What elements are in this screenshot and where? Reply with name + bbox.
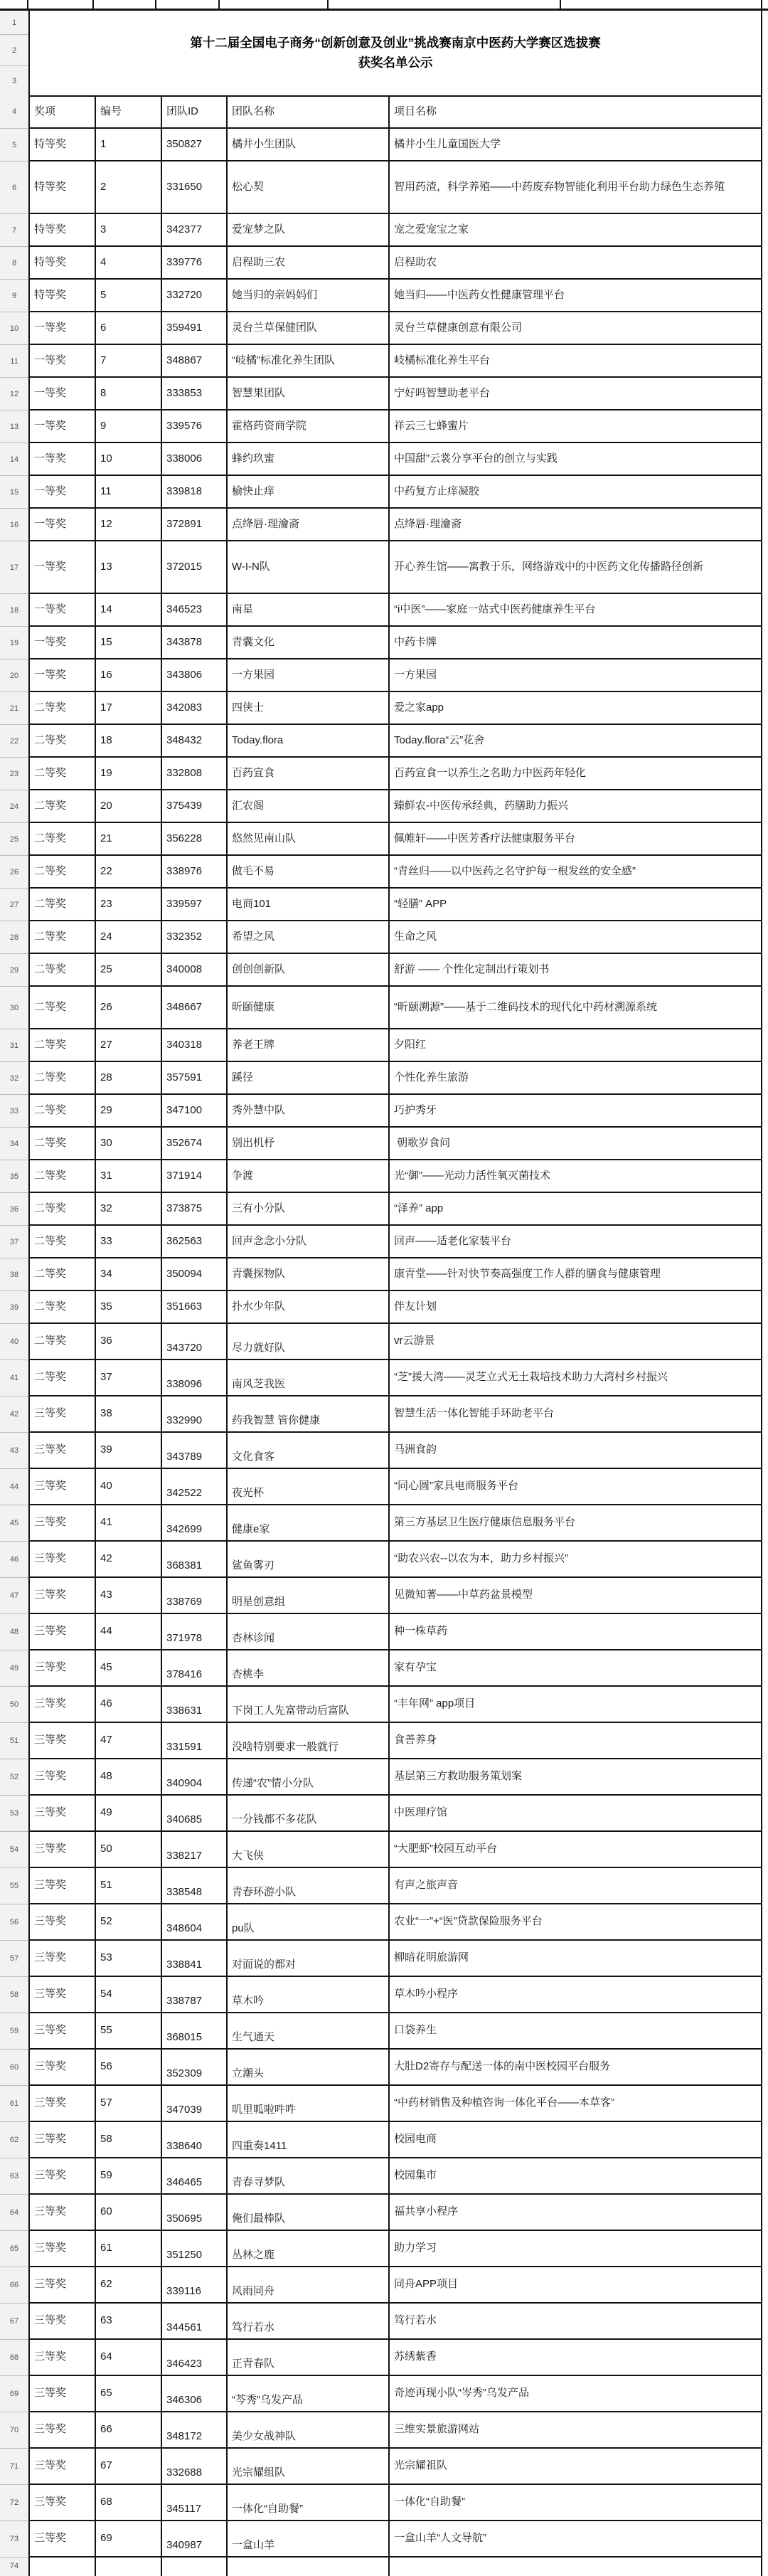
cell-award[interactable]: 三等奖 (28, 1614, 95, 1650)
cell-team-name[interactable]: 扑水少年队 (226, 1291, 388, 1324)
cell-project-name[interactable]: 祥云三七蜂蜜片 (388, 410, 762, 443)
cell-award[interactable]: 特等奖 (28, 247, 95, 280)
column-header-project[interactable]: 项目名称 (388, 95, 762, 129)
cell-number[interactable]: 43 (95, 1578, 161, 1614)
cell-award[interactable]: 二等奖 (28, 1160, 95, 1193)
cell-project-name[interactable]: 光“御”——光动力活性氧灭菌技术 (388, 1160, 762, 1193)
cell-team-id[interactable]: 351663 (161, 1291, 226, 1324)
cell-team-name[interactable]: 点绛唇·理瀹斋 (226, 509, 388, 541)
cell-project-name[interactable]: 伴友计划 (388, 1291, 762, 1324)
cell-number[interactable]: 14 (95, 594, 161, 627)
cell-project-name[interactable]: 宠之爱宠宝之家 (388, 214, 762, 247)
cell-project-name[interactable]: 中医理疗馆 (388, 1796, 762, 1832)
cell-team-name[interactable]: 爱宠梦之队 (226, 214, 388, 247)
cell-award[interactable]: 一等奖 (28, 627, 95, 659)
cell-number[interactable]: 68 (95, 2485, 161, 2521)
cell-award[interactable]: 二等奖 (28, 1062, 95, 1095)
cell-number[interactable]: 10 (95, 443, 161, 476)
cell-number[interactable]: 52 (95, 1904, 161, 1941)
cell-project-name[interactable]: 食善养身 (388, 1723, 762, 1759)
cell-project-name[interactable]: Today.flora“云”花舍 (388, 725, 762, 758)
cell-team-id[interactable]: 332990 (161, 1396, 226, 1433)
cell-number[interactable]: 48 (95, 1759, 161, 1796)
cell-number[interactable]: 56 (95, 2050, 161, 2086)
cell-team-name[interactable]: 橘井小生团队 (226, 129, 388, 161)
cell-project-name[interactable]: 宁好吗智慧助老平台 (388, 378, 762, 410)
cell-team-name[interactable]: 电商101 (226, 889, 388, 921)
cell-team-id[interactable]: 339597 (161, 889, 226, 921)
cell-project-name[interactable]: 农业“一”+“医”贷款保险服务平台 (388, 1904, 762, 1941)
cell-number[interactable]: 42 (95, 1542, 161, 1578)
cell-team-id[interactable]: 351250 (161, 2231, 226, 2267)
cell-project-name[interactable]: 岐橘标准化养生平台 (388, 345, 762, 378)
cell-number[interactable]: 69 (95, 2521, 161, 2558)
cell-number[interactable]: 36 (95, 1324, 161, 1360)
cell-number[interactable]: 39 (95, 1433, 161, 1469)
cell-number[interactable]: 22 (95, 856, 161, 889)
cell-team-name[interactable]: 榆快止痒 (226, 476, 388, 509)
cell-award[interactable]: 三等奖 (28, 2376, 95, 2412)
cell-project-name[interactable]: 奇迹再现小队“岑秀”乌发产品 (388, 2376, 762, 2412)
cell-number[interactable]: 63 (95, 2304, 161, 2340)
cell-number[interactable]: 37 (95, 1360, 161, 1396)
cell-team-name[interactable]: 希望之风 (226, 921, 388, 954)
cell-number[interactable]: 9 (95, 410, 161, 443)
cell-project-name[interactable]: 有声之旅声音 (388, 1868, 762, 1904)
cell-team-name[interactable]: 灵台兰草保健团队 (226, 312, 388, 345)
cell-number[interactable]: 67 (95, 2449, 161, 2485)
cell-number[interactable]: 35 (95, 1291, 161, 1324)
cell-award[interactable]: 二等奖 (28, 1128, 95, 1160)
cell-team-id[interactable]: 348604 (161, 1904, 226, 1941)
cell-team-name[interactable]: 四重奏1411 (226, 2122, 388, 2158)
cell-team-name[interactable]: 创创创新队 (226, 954, 388, 987)
cell-team-id[interactable]: 340685 (161, 1796, 226, 1832)
cell-number[interactable]: 17 (95, 692, 161, 725)
cell-team-id[interactable]: 350827 (161, 129, 226, 161)
cell-team-name[interactable]: 做毛不易 (226, 856, 388, 889)
cell-team-id[interactable]: 357591 (161, 1062, 226, 1095)
cell-team-name[interactable]: 启程助三农 (226, 247, 388, 280)
cell-project-name[interactable]: 橘井小生儿童国医大学 (388, 129, 762, 161)
cell-team-id[interactable]: 332688 (161, 2449, 226, 2485)
cell-number[interactable]: 6 (95, 312, 161, 345)
cell-team-name[interactable]: 三有小分队 (226, 1193, 388, 1226)
cell-number[interactable]: 33 (95, 1226, 161, 1258)
cell-award[interactable]: 二等奖 (28, 1095, 95, 1128)
cell-project-name[interactable]: 校园电商 (388, 2122, 762, 2158)
cell-award[interactable]: 三等奖 (28, 1723, 95, 1759)
column-header-number[interactable]: 编号 (95, 95, 161, 129)
cell-team-id[interactable]: 343720 (161, 1324, 226, 1360)
cell-team-id[interactable]: 333853 (161, 378, 226, 410)
cell-team-name[interactable] (226, 2558, 388, 2576)
cell-award[interactable]: 三等奖 (28, 2158, 95, 2195)
cell-team-id[interactable]: 350695 (161, 2195, 226, 2231)
cell-number[interactable]: 31 (95, 1160, 161, 1193)
cell-team-name[interactable]: 回声念念小分队 (226, 1226, 388, 1258)
cell-team-id[interactable]: 332808 (161, 758, 226, 790)
cell-number[interactable]: 50 (95, 1832, 161, 1868)
cell-award[interactable]: 三等奖 (28, 1650, 95, 1687)
cell-team-id[interactable]: 344561 (161, 2304, 226, 2340)
cell-award[interactable]: 三等奖 (28, 2485, 95, 2521)
cell-team-name[interactable]: Today.flora (226, 725, 388, 758)
cell-number[interactable]: 49 (95, 1796, 161, 1832)
cell-number[interactable]: 41 (95, 1505, 161, 1542)
cell-award[interactable]: 二等奖 (28, 1324, 95, 1360)
cell-team-name[interactable]: 青春环游小队 (226, 1868, 388, 1904)
cell-award[interactable]: 二等奖 (28, 1226, 95, 1258)
cell-award[interactable]: 三等奖 (28, 2231, 95, 2267)
cell-team-name[interactable]: “芩秀”乌发产品 (226, 2376, 388, 2412)
cell-award[interactable]: 三等奖 (28, 1687, 95, 1723)
cell-team-name[interactable]: 青囊文化 (226, 627, 388, 659)
cell-award[interactable]: 三等奖 (28, 1977, 95, 2013)
cell-team-id[interactable]: 345117 (161, 2485, 226, 2521)
cell-team-name[interactable]: 青囊探物队 (226, 1258, 388, 1291)
cell-team-name[interactable]: 大飞侠 (226, 1832, 388, 1868)
cell-award[interactable]: 三等奖 (28, 2412, 95, 2449)
cell-team-id[interactable]: 347100 (161, 1095, 226, 1128)
cell-award[interactable]: 特等奖 (28, 280, 95, 312)
cell-number[interactable]: 3 (95, 214, 161, 247)
cell-award[interactable]: 一等奖 (28, 509, 95, 541)
column-header-team-name[interactable]: 团队名称 (226, 95, 388, 129)
cell-number[interactable]: 46 (95, 1687, 161, 1723)
cell-team-name[interactable]: 健康e家 (226, 1505, 388, 1542)
cell-project-name[interactable]: 灵台兰草健康创意有限公司 (388, 312, 762, 345)
cell-team-name[interactable]: 一盒山羊 (226, 2521, 388, 2558)
cell-project-name[interactable]: 中药卡牌 (388, 627, 762, 659)
cell-project-name[interactable]: 光宗耀祖队 (388, 2449, 762, 2485)
cell-award[interactable]: 三等奖 (28, 2340, 95, 2376)
cell-project-name[interactable]: 回声——适老化家装平台 (388, 1226, 762, 1258)
cell-team-name[interactable]: 风雨同舟 (226, 2267, 388, 2304)
cell-project-name[interactable]: 智慧生活一体化智能手环助老平台 (388, 1396, 762, 1433)
cell-team-id[interactable]: 338841 (161, 1941, 226, 1977)
cell-project-name[interactable]: “青丝归——以中医药之名守护每一根发丝的安全感” (388, 856, 762, 889)
cell-award[interactable]: 三等奖 (28, 1505, 95, 1542)
cell-team-id[interactable]: 338640 (161, 2122, 226, 2158)
cell-number[interactable]: 23 (95, 889, 161, 921)
cell-team-id[interactable]: 371914 (161, 1160, 226, 1193)
cell-award[interactable]: 一等奖 (28, 443, 95, 476)
cell-number[interactable]: 59 (95, 2158, 161, 2195)
cell-team-id[interactable]: 346423 (161, 2340, 226, 2376)
cell-award[interactable]: 三等奖 (28, 1396, 95, 1433)
cell-award[interactable]: 三等奖 (28, 1469, 95, 1505)
cell-team-name[interactable]: 叽里呱啦吽吽 (226, 2086, 388, 2122)
cell-award[interactable]: 二等奖 (28, 823, 95, 856)
cell-team-id[interactable]: 332352 (161, 921, 226, 954)
cell-team-id[interactable]: 339818 (161, 476, 226, 509)
cell-number[interactable]: 20 (95, 790, 161, 823)
cell-award[interactable]: 二等奖 (28, 725, 95, 758)
cell-project-name[interactable]: “大肥虾”校园互动平台 (388, 1832, 762, 1868)
cell-team-name[interactable]: 悠然见南山队 (226, 823, 388, 856)
cell-number[interactable]: 24 (95, 921, 161, 954)
cell-award[interactable]: 二等奖 (28, 987, 95, 1029)
cell-project-name[interactable]: 夕阳红 (388, 1029, 762, 1062)
cell-award[interactable]: 二等奖 (28, 1360, 95, 1396)
cell-team-name[interactable]: 草木吟 (226, 1977, 388, 2013)
cell-project-name[interactable]: 百药宣食一以养生之名助力中医药年轻化 (388, 758, 762, 790)
cell-award[interactable]: 二等奖 (28, 1029, 95, 1062)
cell-project-name[interactable]: 巧护秀牙 (388, 1095, 762, 1128)
cell-project-name[interactable]: 开心养生馆——寓教于乐，网络游戏中的中医药文化传播路径创新 (388, 541, 762, 594)
cell-team-id[interactable]: 338976 (161, 856, 226, 889)
cell-team-name[interactable]: 南星 (226, 594, 388, 627)
cell-project-name[interactable]: “同心圆”家具电商服务平台 (388, 1469, 762, 1505)
cell-project-name[interactable]: 臻鲜农-中医传承经典，药膳助力振兴 (388, 790, 762, 823)
cell-team-name[interactable]: 南风芝我医 (226, 1360, 388, 1396)
cell-team-id[interactable]: 340318 (161, 1029, 226, 1062)
cell-team-name[interactable]: 明星创意组 (226, 1578, 388, 1614)
cell-number[interactable]: 13 (95, 541, 161, 594)
cell-team-id[interactable]: 331591 (161, 1723, 226, 1759)
cell-team-name[interactable]: 一方果园 (226, 659, 388, 692)
cell-team-id[interactable]: 342083 (161, 692, 226, 725)
cell-number[interactable]: 15 (95, 627, 161, 659)
cell-number[interactable]: 51 (95, 1868, 161, 1904)
cell-team-name[interactable]: 四侠士 (226, 692, 388, 725)
cell-award[interactable]: 二等奖 (28, 921, 95, 954)
column-header-team-id[interactable]: 团队ID (161, 95, 226, 129)
cell-team-name[interactable]: 一体化“自助餐” (226, 2485, 388, 2521)
cell-number[interactable]: 26 (95, 987, 161, 1029)
cell-project-name[interactable]: 校园集市 (388, 2158, 762, 2195)
cell-project-name[interactable]: 中药复方止痒凝胶 (388, 476, 762, 509)
cell-award[interactable]: 三等奖 (28, 1904, 95, 1941)
cell-project-name[interactable] (388, 2558, 762, 2576)
cell-number[interactable]: 1 (95, 129, 161, 161)
cell-project-name[interactable]: 智用药渣，科学养殖——中药废弃物智能化利用平台助力绿色生态养殖 (388, 161, 762, 214)
cell-award[interactable]: 二等奖 (28, 790, 95, 823)
cell-number[interactable]: 40 (95, 1469, 161, 1505)
cell-team-id[interactable]: 356228 (161, 823, 226, 856)
cell-award[interactable]: 二等奖 (28, 954, 95, 987)
cell-project-name[interactable]: 福共享小程序 (388, 2195, 762, 2231)
cell-team-name[interactable]: 丛林之鹿 (226, 2231, 388, 2267)
cell-award[interactable]: 一等奖 (28, 345, 95, 378)
cell-number[interactable]: 16 (95, 659, 161, 692)
sheet-title[interactable]: 第十二届全国电子商务“创新创意及创业”挑战赛南京中医药大学赛区选拔赛 获奖名单公… (28, 11, 762, 95)
cell-team-name[interactable]: 别出机杼 (226, 1128, 388, 1160)
cell-team-id[interactable]: 340987 (161, 2521, 226, 2558)
cell-award[interactable]: 一等奖 (28, 541, 95, 594)
cell-award[interactable]: 一等奖 (28, 476, 95, 509)
cell-team-name[interactable]: 尽力就好队 (226, 1324, 388, 1360)
cell-team-id[interactable]: 372015 (161, 541, 226, 594)
cell-award[interactable]: 一等奖 (28, 410, 95, 443)
cell-team-name[interactable]: 笃行若水 (226, 2304, 388, 2340)
cell-team-id[interactable]: 338217 (161, 1832, 226, 1868)
cell-team-id[interactable]: 375439 (161, 790, 226, 823)
cell-project-name[interactable]: 一盒山羊“人文导航” (388, 2521, 762, 2558)
cell-project-name[interactable]: 第三方基层卫生医疗健康信息服务平台 (388, 1505, 762, 1542)
cell-team-name[interactable]: 青春寻梦队 (226, 2158, 388, 2195)
cell-team-id[interactable]: 342522 (161, 1469, 226, 1505)
cell-number[interactable]: 11 (95, 476, 161, 509)
cell-project-name[interactable]: 点绛唇·理瀹斋 (388, 509, 762, 541)
cell-project-name[interactable]: 助力学习 (388, 2231, 762, 2267)
cell-team-name[interactable]: W-I-N队 (226, 541, 388, 594)
cell-team-id[interactable]: 342377 (161, 214, 226, 247)
cell-project-name[interactable]: 佩帷轩——中医芳香疗法健康服务平台 (388, 823, 762, 856)
cell-team-name[interactable]: 立潮头 (226, 2050, 388, 2086)
cell-project-name[interactable]: 口袋养生 (388, 2013, 762, 2050)
cell-team-id[interactable]: 359491 (161, 312, 226, 345)
cell-team-id[interactable]: 343878 (161, 627, 226, 659)
cell-team-name[interactable]: 智慧果团队 (226, 378, 388, 410)
cell-team-id[interactable]: 346465 (161, 2158, 226, 2195)
cell-team-id[interactable]: 352674 (161, 1128, 226, 1160)
cell-team-id[interactable]: 340904 (161, 1759, 226, 1796)
cell-number[interactable]: 57 (95, 2086, 161, 2122)
cell-number[interactable]: 44 (95, 1614, 161, 1650)
cell-team-name[interactable]: 夜光杯 (226, 1469, 388, 1505)
cell-team-id[interactable]: 339776 (161, 247, 226, 280)
cell-number[interactable]: 65 (95, 2376, 161, 2412)
cell-award[interactable]: 三等奖 (28, 1832, 95, 1868)
cell-project-name[interactable]: “轻膳” APP (388, 889, 762, 921)
cell-team-name[interactable]: 松心契 (226, 161, 388, 214)
cell-award[interactable]: 三等奖 (28, 2195, 95, 2231)
cell-team-id[interactable]: 371978 (161, 1614, 226, 1650)
cell-award[interactable]: 三等奖 (28, 1868, 95, 1904)
cell-award[interactable]: 三等奖 (28, 2521, 95, 2558)
cell-team-name[interactable]: 昕颐健康 (226, 987, 388, 1029)
cell-award[interactable]: 二等奖 (28, 1291, 95, 1324)
cell-number[interactable]: 62 (95, 2267, 161, 2304)
cell-team-name[interactable]: 生气通天 (226, 2013, 388, 2050)
cell-team-name[interactable]: pu队 (226, 1904, 388, 1941)
cell-team-name[interactable]: 没啥特别要求一般就行 (226, 1723, 388, 1759)
cell-number[interactable]: 45 (95, 1650, 161, 1687)
cell-project-name[interactable]: “芝”援大湾——灵芝立式无土栽培技术助力大湾村乡村振兴 (388, 1360, 762, 1396)
cell-team-name[interactable]: 鲨鱼雾刃 (226, 1542, 388, 1578)
cell-number[interactable]: 2 (95, 161, 161, 214)
cell-team-id[interactable]: 331650 (161, 161, 226, 214)
cell-number[interactable]: 7 (95, 345, 161, 378)
cell-number[interactable]: 53 (95, 1941, 161, 1977)
cell-project-name[interactable]: 马洲食韵 (388, 1433, 762, 1469)
cell-project-name[interactable]: 爱之家app (388, 692, 762, 725)
cell-number[interactable]: 58 (95, 2122, 161, 2158)
cell-number[interactable]: 30 (95, 1128, 161, 1160)
cell-award[interactable]: 一等奖 (28, 594, 95, 627)
cell-team-name[interactable]: 传递“农”情小分队 (226, 1759, 388, 1796)
cell-award[interactable]: 二等奖 (28, 1193, 95, 1226)
cell-team-name[interactable]: 百药宣食 (226, 758, 388, 790)
cell-award[interactable]: 一等奖 (28, 312, 95, 345)
cell-team-name[interactable]: 光宗耀组队 (226, 2449, 388, 2485)
cell-project-name[interactable]: 舒游 —— 个性化定制出行策划书 (388, 954, 762, 987)
cell-award[interactable]: 三等奖 (28, 2013, 95, 2050)
cell-team-id[interactable]: 368381 (161, 1542, 226, 1578)
cell-team-id[interactable]: 339576 (161, 410, 226, 443)
cell-project-name[interactable]: 三维实景旅游网站 (388, 2412, 762, 2449)
cell-project-name[interactable]: 她当归——中医药女性健康管理平台 (388, 280, 762, 312)
cell-team-id[interactable]: 332720 (161, 280, 226, 312)
cell-award[interactable]: 三等奖 (28, 1796, 95, 1832)
cell-team-id[interactable]: 372891 (161, 509, 226, 541)
cell-team-id[interactable]: 343806 (161, 659, 226, 692)
cell-award[interactable]: 特等奖 (28, 161, 95, 214)
cell-number[interactable] (95, 2558, 161, 2576)
cell-project-name[interactable]: 笃行若水 (388, 2304, 762, 2340)
cell-project-name[interactable]: 见微知著——中草药盆景模型 (388, 1578, 762, 1614)
cell-project-name[interactable]: 一体化“自助餐” (388, 2485, 762, 2521)
cell-number[interactable]: 64 (95, 2340, 161, 2376)
cell-number[interactable]: 47 (95, 1723, 161, 1759)
cell-team-id[interactable]: 362563 (161, 1226, 226, 1258)
cell-award[interactable]: 三等奖 (28, 1433, 95, 1469)
cell-award[interactable]: 二等奖 (28, 758, 95, 790)
cell-team-id[interactable]: 340008 (161, 954, 226, 987)
cell-award[interactable]: 三等奖 (28, 2050, 95, 2086)
cell-project-name[interactable]: “助农兴农--以农为本，助力乡村振兴” (388, 1542, 762, 1578)
cell-team-name[interactable]: 蜂约玖蜜 (226, 443, 388, 476)
cell-project-name[interactable]: “昕颐溯源”——基于二维码技术的现代化中药材溯源系统 (388, 987, 762, 1029)
cell-award[interactable]: 一等奖 (28, 378, 95, 410)
cell-team-name[interactable]: 养老王牌 (226, 1029, 388, 1062)
cell-team-id[interactable]: 350094 (161, 1258, 226, 1291)
cell-team-id[interactable]: 346523 (161, 594, 226, 627)
cell-number[interactable]: 8 (95, 378, 161, 410)
cell-award[interactable]: 三等奖 (28, 1941, 95, 1977)
cell-team-name[interactable]: 汇农阁 (226, 790, 388, 823)
cell-number[interactable]: 4 (95, 247, 161, 280)
cell-award[interactable]: 三等奖 (28, 2122, 95, 2158)
cell-number[interactable]: 66 (95, 2412, 161, 2449)
cell-project-name[interactable]: vr云游景 (388, 1324, 762, 1360)
cell-project-name[interactable]: 苏绣紫香 (388, 2340, 762, 2376)
cell-team-id[interactable]: 348867 (161, 345, 226, 378)
cell-number[interactable]: 54 (95, 1977, 161, 2013)
column-header-award[interactable]: 奖项 (28, 95, 95, 129)
cell-team-id[interactable]: 338787 (161, 1977, 226, 2013)
cell-project-name[interactable]: 家有孕宝 (388, 1650, 762, 1687)
cell-number[interactable]: 21 (95, 823, 161, 856)
cell-team-name[interactable]: 下岗工人先富带动后富队 (226, 1687, 388, 1723)
cell-team-name[interactable]: 药我智慧 管你健康 (226, 1396, 388, 1433)
cell-team-id[interactable]: 378416 (161, 1650, 226, 1687)
cell-team-id[interactable]: 373875 (161, 1193, 226, 1226)
cell-project-name[interactable]: 同舟APP项目 (388, 2267, 762, 2304)
cell-team-id[interactable]: 338631 (161, 1687, 226, 1723)
cell-team-name[interactable]: 蹊径 (226, 1062, 388, 1095)
cell-team-id[interactable]: 338096 (161, 1360, 226, 1396)
cell-award[interactable]: 三等奖 (28, 2304, 95, 2340)
cell-project-name[interactable]: “泽养” app (388, 1193, 762, 1226)
cell-number[interactable]: 55 (95, 2013, 161, 2050)
cell-team-id[interactable]: 348172 (161, 2412, 226, 2449)
cell-project-name[interactable]: 启程助农 (388, 247, 762, 280)
cell-project-name[interactable]: 一方果园 (388, 659, 762, 692)
cell-number[interactable]: 29 (95, 1095, 161, 1128)
cell-project-name[interactable]: 朝歌岁食问 (388, 1128, 762, 1160)
cell-project-name[interactable]: 种一株草药 (388, 1614, 762, 1650)
cell-award[interactable]: 三等奖 (28, 1542, 95, 1578)
cell-team-id[interactable]: 348432 (161, 725, 226, 758)
cell-number[interactable]: 18 (95, 725, 161, 758)
cell-award[interactable]: 一等奖 (28, 659, 95, 692)
cell-team-name[interactable]: 文化食客 (226, 1433, 388, 1469)
cell-project-name[interactable]: 个性化养生旅游 (388, 1062, 762, 1095)
cell-project-name[interactable]: 柳暗花明旅游网 (388, 1941, 762, 1977)
